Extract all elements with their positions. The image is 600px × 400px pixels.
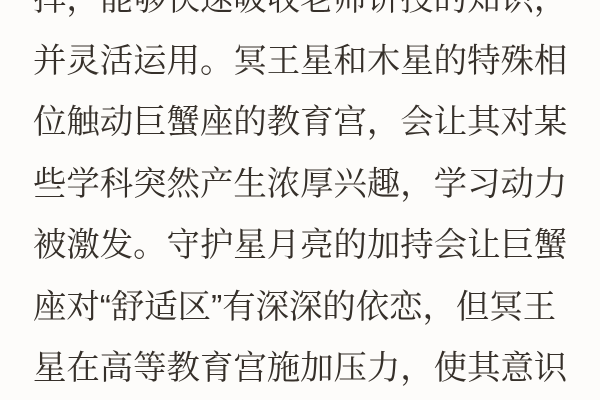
text-line-6: 座对“舒适区”有深深的依恋，但冥王 xyxy=(33,277,567,339)
text-line-3: 位触动巨蟹座的教育宫，会让其对某 xyxy=(33,92,567,154)
text-line-7: 星在高等教育宫施加压力，使其意识 xyxy=(33,338,567,400)
text-line-1: 挥，能够快速吸收老师讲授的知识， xyxy=(33,0,567,31)
paragraph: 挥，能够快速吸收老师讲授的知识， 并灵活运用。冥王星和木星的特殊相 位触动巨蟹座… xyxy=(33,0,567,400)
text-line-5: 被激发。守护星月亮的加持会让巨蟹 xyxy=(33,215,567,277)
article-page: 挥，能够快速吸收老师讲授的知识， 并灵活运用。冥王星和木星的特殊相 位触动巨蟹座… xyxy=(0,0,600,400)
text-line-4: 些学科突然产生浓厚兴趣，学习动力 xyxy=(33,154,567,216)
text-line-2: 并灵活运用。冥王星和木星的特殊相 xyxy=(33,31,567,93)
